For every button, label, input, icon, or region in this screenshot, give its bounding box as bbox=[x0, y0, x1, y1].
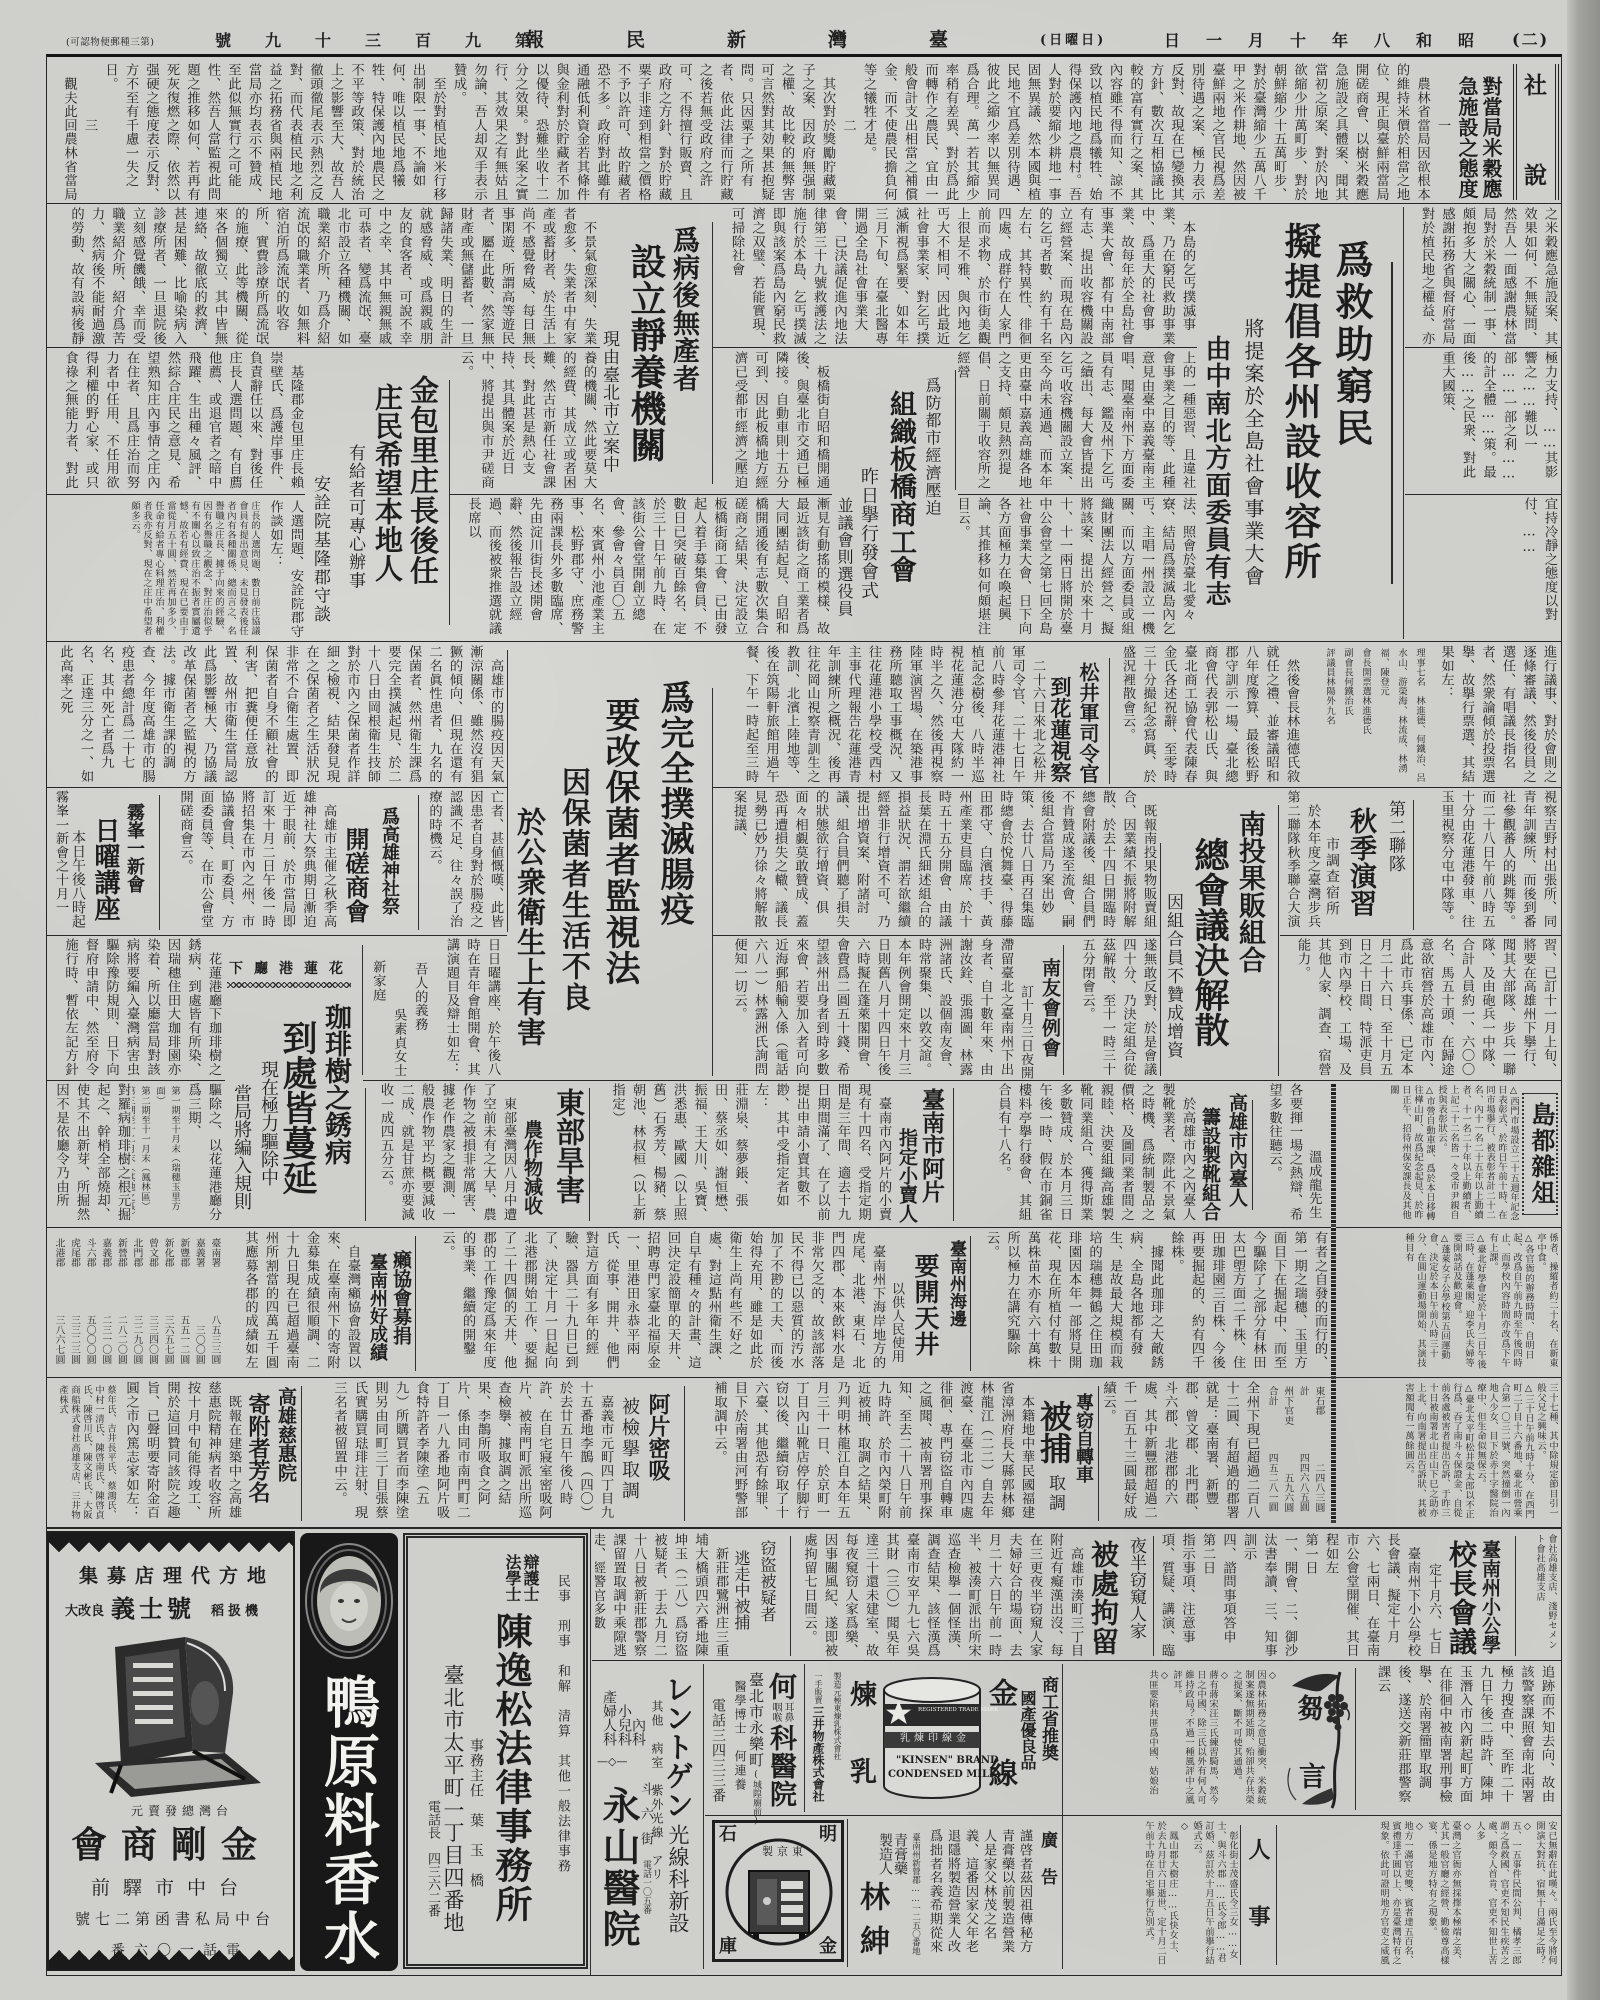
meeting-schedule: 臺南州下小公學校長會議、擬定十月六、七兩日、在臺南市公會堂開催、其日程如左 第一… bbox=[1157, 1533, 1422, 1658]
column-rule bbox=[847, 1819, 848, 1967]
band-divider bbox=[1405, 347, 1562, 348]
headline: 爲完全撲滅腸疫 bbox=[657, 680, 691, 927]
article-body: 人選問題、安詮院郡守作談如左： bbox=[262, 500, 305, 638]
page-number: (二) bbox=[1512, 32, 1549, 48]
article-body: 遂無敢反對、於是會議四十分、乃決定組合從茲解散、至十一時三十五分閉會云。 bbox=[1066, 938, 1158, 1077]
headline: 校長會議 bbox=[1447, 1540, 1475, 1656]
column-rule bbox=[1062, 1664, 1063, 1969]
article-body: 高雄市主催之秋季高雄神社大祭典期日漸迫近于眼前、於市當局即訂來十月二日午後一時將… bbox=[163, 790, 338, 931]
band-divider bbox=[1280, 935, 1562, 936]
interview-small-print: 庄長的人選問題、數日前庄協議會員有提出意見、未見發表後任者內有各種關係、總而言之… bbox=[50, 501, 260, 637]
article-body: 驅除之、以花蓮港廳分爲三期、 bbox=[183, 1083, 223, 1223]
miscellany-entries: 三十七種、其中除規定節目引一般父兄之興味云。 △三十日午前九時十分、在西門町二丁… bbox=[1339, 1383, 1558, 1521]
band-divider bbox=[46, 641, 1562, 642]
editorial-body-continued: 之米穀應急施設案、其效果如何、不無疑問、然吾人一面感謝農林當局對於米穀統制一事、… bbox=[1407, 207, 1559, 346]
band-divider bbox=[46, 1527, 1562, 1529]
article-body: 進行議事、對於會則之逐條審議、然後役員之選任、有唱議長指名者、然衆論傾於投票選擧… bbox=[1432, 645, 1558, 785]
column-rule bbox=[712, 222, 713, 484]
ornament-divider: —◇— bbox=[597, 1756, 627, 1767]
miscellany-entries: 係者、操縱者約二十名、在新東亭中食。 △各官衙的辦務時間、自明日起、改爲自午前九… bbox=[1339, 1233, 1558, 1372]
rice-thresher-illustration bbox=[75, 1633, 271, 1803]
removal-schedule: 第一期至十月末（瑞穗玉里方面） 第二期至十一月末（鳳林區） 第三期至十二月末（其… bbox=[132, 1086, 182, 1222]
headline: 爲高雄神社祭 bbox=[380, 807, 398, 915]
headline-sub: 現在極力驅除中 bbox=[259, 1060, 277, 1186]
editorial-title-line-1: 對當局米穀應 bbox=[1481, 76, 1501, 199]
article-body: 二十六日來北之松井軍司令官、二十七日午前八時參拜花蓮港神社植記念樹後、八時半巡視… bbox=[720, 645, 1047, 785]
district-name: 臺南署 bbox=[208, 1238, 220, 1267]
column-rule bbox=[590, 1527, 591, 1975]
column-rule bbox=[1160, 843, 1161, 1076]
endorsement: 商工省推奬 bbox=[1039, 1676, 1056, 1761]
department: 小兒科 bbox=[617, 1704, 631, 1746]
column-rule bbox=[1109, 658, 1110, 784]
can-label-brand: "KINSEN" BRAND bbox=[896, 1756, 999, 1766]
headline-sub: 市調查宿所 bbox=[1325, 837, 1339, 917]
article-body: 基隆郡金包里庄長賴崇壁氏、爲護岸事件、負責辭任以來、對後任庄長人選問題、有自薦他… bbox=[50, 351, 305, 491]
clinic-address: 臺北市永樂町 bbox=[748, 1672, 763, 1768]
safe-origin: 東京製 bbox=[762, 1846, 807, 1857]
headline: 南友會例會 bbox=[1040, 958, 1059, 1058]
article-body: 本籍地中華民國福建省漳洲府長大縣郭林鄉林龍江（二二）自去年渡臺、在臺北市內四處徘… bbox=[690, 1381, 1036, 1521]
headline: 日曜講座 bbox=[92, 817, 118, 921]
article-body: 霧峯一新會之十月一 bbox=[48, 790, 70, 931]
zigzag-border-top bbox=[49, 1533, 293, 1553]
law-services: 民事 刑事 和解 清算 其他一般法律事務 bbox=[556, 1574, 569, 1874]
headline-sub: 有給者可專心辦事 bbox=[346, 444, 363, 590]
headline: 高雄慈惠院 bbox=[276, 1387, 295, 1482]
distributor: 三井物產株式會社 bbox=[812, 1706, 824, 1802]
lecture-speaker: 溫成龍先生 bbox=[1307, 1150, 1320, 1219]
wavy-underline bbox=[227, 982, 351, 988]
headline-2: 寄附者芳名 bbox=[247, 1393, 269, 1503]
donation-row: 虎尾郡三三二三圓 bbox=[66, 1238, 82, 1364]
law-office-name: 陳逸松法律事務所 bbox=[492, 1612, 529, 1924]
column-rule bbox=[684, 1386, 685, 1521]
band-divider bbox=[46, 935, 507, 936]
headline-sub: 逃走中被捕 bbox=[733, 1550, 749, 1630]
article-body: 新莊郡鷺洲庄三重埔大橋頭四六番地陳坤玉（二八）爲窃盜被疑者、于去九月二十八日被新… bbox=[595, 1533, 730, 1658]
column-rule bbox=[418, 795, 419, 930]
issue-weekday: (日曜日) bbox=[1040, 34, 1106, 47]
clinic-doctor: 醫學博士 何連養 bbox=[734, 1680, 746, 1792]
scan-edge bbox=[1567, 0, 1600, 2000]
donation-amount: 四五二八一圓 bbox=[1266, 1453, 1278, 1512]
donation-amount: 五五一二圓 bbox=[177, 1315, 189, 1364]
headline-main-2: 擬提倡各州設收容所 bbox=[1281, 222, 1318, 582]
band-divider bbox=[363, 1080, 1562, 1081]
district-name: 東石郡 bbox=[1312, 1386, 1324, 1415]
ad-headline: 地方代理店募集 bbox=[79, 1567, 275, 1586]
band-divider bbox=[705, 1815, 1562, 1816]
personnel-notices: 彰化街士茂盛氏令三女……女士、與斗六郡……氏令郎……君訂婚、茲訂於十月五日午前擧… bbox=[1066, 1821, 1238, 1967]
issue-date: 昭和八年十月一日 bbox=[1164, 33, 1500, 49]
headline: 東部旱害 bbox=[554, 1088, 583, 1204]
section-title-char: 事 bbox=[1247, 1905, 1269, 1927]
headline-kicker: 夜半窃窺人家 bbox=[1127, 1537, 1144, 1639]
notice-address: 臺南州新營郡……一二五〇番地 bbox=[911, 1833, 920, 1955]
column-body: 安已無辭在此嘆々。兩氏至今將何開演大對抗、宿無十日滿足之時？ ◇ 五、一五事件民… bbox=[1281, 1821, 1557, 1967]
donation-table-totals: 東石郡二四八三圓 計四四六八五圓 州下官吏五九六圓 合計四五二八一圓 bbox=[1262, 1386, 1326, 1512]
district-name: 嘉義署 bbox=[193, 1238, 205, 1267]
company-name: 金剛商會 bbox=[71, 1827, 271, 1863]
donation-row: 北港郡三八六七圓 bbox=[50, 1238, 66, 1364]
article-body: 視察吉野村出張所、同青年訓練所、而後到番社參觀蕃人的跳舞等。而二十八日午前八時五… bbox=[1416, 790, 1558, 931]
donation-amount: 五九六圓 bbox=[1281, 1473, 1293, 1512]
column-rule bbox=[1355, 1668, 1356, 1810]
editorial-label-box: 社 說 bbox=[1513, 64, 1559, 200]
lecture-title: 新家庭 bbox=[371, 960, 384, 1001]
article-body: 自臺灣癩協會設置以來、在臺南州下的寄附金募集成績很順調、二十九日現在已超過臺南州… bbox=[225, 1231, 362, 1372]
headline-kicker: 專窃自轉車 bbox=[1074, 1393, 1092, 1483]
clinic-phone: 電話三四三三番 bbox=[711, 1698, 725, 1803]
donation-row: 北門郡三二九〇圓 bbox=[128, 1238, 144, 1364]
ad-perfume: 鴨原料香水 bbox=[300, 1533, 398, 1971]
article-body: 習、已訂十一月上旬、將要在高雄州下擧行、聞其大部隊、步兵一聯隊、及由砲兵一中隊、… bbox=[1281, 938, 1558, 1077]
article-body: 養的機關、然此要莫大的經費、其成立或者困難、然古市新任社會課長、對此甚是熱心支持… bbox=[453, 351, 598, 491]
ad-slogan-prefix: 大改良 bbox=[65, 1605, 104, 1618]
headline-sub: 因保菌者生活不良 bbox=[560, 767, 589, 1013]
lawyer-degree: 法學士 bbox=[504, 1554, 520, 1602]
notice-maker-label: 製造人 bbox=[878, 1833, 892, 1875]
headline-sub-2: 於公衆衛生上有害 bbox=[515, 807, 544, 1047]
can-label-product: CONDENSED MILK bbox=[888, 1770, 998, 1780]
column-rule bbox=[415, 1236, 416, 1371]
donation-row: 斗六郡五〇〇〇圓 bbox=[82, 1238, 98, 1364]
article-body: 臺南州下海岸地方的虎尾、北港、東石、北門四郡、本來飲料水是非常欠乏的、故該部落民… bbox=[420, 1231, 887, 1372]
band-divider bbox=[712, 935, 1160, 936]
portrait-illustration bbox=[304, 1541, 394, 1661]
department: 產婦人科 bbox=[602, 1690, 616, 1746]
ad-kongo-shokai: 地方代理店募集 大改良 義士號 稻扱機 台灣總發賣元 金剛商會 台中市驛前 台中… bbox=[47, 1531, 295, 1971]
donation-amount: 二三一〇圓 bbox=[99, 1315, 111, 1364]
column-rule bbox=[1278, 805, 1279, 1076]
donation-amount: 三〇〇圓 bbox=[193, 1325, 205, 1364]
band-divider bbox=[46, 494, 305, 495]
headline-kicker: 第二聯隊 bbox=[1386, 800, 1403, 873]
headline-2: 庄民希望本地人 bbox=[373, 383, 401, 583]
notice-maker-name: 林紳 bbox=[856, 1881, 886, 1969]
company-phone: 電話一〇六番 bbox=[111, 1944, 249, 1958]
district-name: 新營郡 bbox=[115, 1238, 127, 1267]
district-name: 曾文郡 bbox=[146, 1238, 158, 1267]
paper-name: 臺灣新民報 bbox=[525, 31, 1030, 50]
donor-list: 會社高雄支店、淺野セメント會社高雄支店 bbox=[1519, 1534, 1557, 1656]
donation-amount: 三八六七圓 bbox=[52, 1315, 64, 1364]
hospital-location: 斗六街 bbox=[639, 1782, 652, 1857]
article-body: 法、照會於臺北愛々寮、結局爲撲滅島內乞丐、主唱一州設立一機關、而以方面委員或組織… bbox=[960, 497, 1197, 638]
headline: 高雄市內臺人 bbox=[1227, 1093, 1246, 1207]
notice-title: 廣告 bbox=[1038, 1831, 1055, 1905]
officer-list: 理事七名 林進德、何鐵治、呂水山、游榮海、林流成、林湧福、陳登元 會長開票選林進… bbox=[1302, 648, 1428, 784]
column-rule bbox=[1098, 1386, 1099, 1521]
band-divider bbox=[450, 494, 832, 495]
article-body: 臺南市內阿片的小賣現有十四名、受指定期間是三年間、適去十九日期間滿了、在了以前提… bbox=[593, 1083, 893, 1223]
column-rule bbox=[1063, 945, 1064, 1075]
band-divider bbox=[592, 1660, 1562, 1661]
donation-row: 計四四六八五圓 bbox=[1295, 1386, 1311, 1512]
headline: 南投果販組合 bbox=[1236, 810, 1263, 973]
column-body: ◇ 因農林拓務之意見衝突、米穀統制案遂無期延期、殆卻共存共榮之提案、斷不可使其通… bbox=[1066, 1670, 1278, 1810]
headline: 阿片密吸 bbox=[647, 1393, 669, 1481]
donation-amount: 二八二〇圓 bbox=[115, 1315, 127, 1364]
ad-he-ent-clinic: 何 耳鼻 咽喉 科醫院 臺北市永樂町 (城隍廟前) 醫學博士 何連養 電話三四三… bbox=[705, 1664, 803, 1812]
column-rule bbox=[804, 1664, 805, 1812]
headline-sub-2: 當局將編入規則 bbox=[232, 1084, 250, 1210]
department: 內科 bbox=[631, 1718, 645, 1746]
headline-sub: 農作物減收 bbox=[522, 1120, 541, 1215]
donation-row: 新豐郡五五一二圓 bbox=[175, 1238, 191, 1364]
band-divider bbox=[1405, 494, 1562, 495]
headline-2: 到處皆蔓延 bbox=[280, 1020, 315, 1195]
headline: 被處拘留 bbox=[1089, 1540, 1117, 1656]
brand-char: 金 bbox=[987, 1678, 1016, 1707]
manufacturer: 製造元極東煉乳株式會社 bbox=[833, 1672, 841, 1760]
district-name: 州下官吏 bbox=[1281, 1386, 1293, 1425]
editorial-label-bottom: 說 bbox=[1524, 164, 1547, 187]
article-body: 漸見有動搖的模樣、故最近該街之商工業者爲大同團結起見、自昭和橋開通後有志數次集合… bbox=[453, 497, 831, 638]
headline-2: 開磋商會 bbox=[343, 827, 367, 923]
decorative-rule bbox=[1391, 262, 1393, 584]
headline-kicker: 霧峯一新會 bbox=[125, 803, 143, 893]
headline-kicker: 爲防都市經濟壓迫 bbox=[924, 377, 940, 517]
donation-row: 嘉義署三〇〇圓 bbox=[191, 1238, 207, 1364]
headline-sub: 取調 bbox=[1046, 1474, 1063, 1514]
district-name: 合計 bbox=[1266, 1386, 1278, 1406]
article-body: 上的一種惡習、且違社會事業之目的等、此種意見由臺中嘉義臺南主唱、聞臺南州下方面委… bbox=[958, 351, 1197, 491]
region-banner: 花蓮港廳下 bbox=[229, 962, 354, 976]
headline-main: 爲救助窮民 bbox=[1332, 240, 1370, 450]
headline: 金包里庄長後任 bbox=[408, 375, 437, 586]
column-title-char: 言 bbox=[1296, 1762, 1323, 1789]
donation-amount: 二四八三圓 bbox=[1312, 1463, 1324, 1512]
quality-label: 國產優良品 bbox=[1019, 1690, 1035, 1770]
headline-2: 指定小賣人 bbox=[897, 1128, 916, 1223]
distributor-label: 一手販賣 bbox=[814, 1672, 822, 1704]
article-body: 於高雄市內之內臺人製靴業者、際此不景氣之時機、爲統制製品之價格、及圖同業者間之親… bbox=[957, 1083, 1197, 1223]
headline-sub: 以供人民使用 bbox=[890, 1282, 903, 1363]
xray-label: レントゲン bbox=[663, 1674, 692, 1819]
donation-row: 新營郡二八二〇圓 bbox=[113, 1238, 129, 1364]
headline-2: 籌設製靴組合 bbox=[1200, 1107, 1219, 1221]
column-rule bbox=[589, 1088, 590, 1221]
chain-rule bbox=[1331, 1084, 1336, 1524]
miscellany-title-box: 島都雜俎 bbox=[1522, 1093, 1558, 1215]
lawyer-title: 辯護士 bbox=[522, 1554, 538, 1602]
ad-product: 稻扱機 bbox=[211, 1605, 262, 1618]
article-body: 不景氣愈深刻、失業者愈多、失業者中有家產或蓄財者、於生活上尚不感覺脅威、每日無事… bbox=[50, 207, 598, 346]
article-body: 亡者、甚値慨嘆、此皆因患者自身對於腸疫之認識不足、往々誤了治療的時機云。 bbox=[422, 790, 505, 931]
donation-row: 州下官吏五九六圓 bbox=[1279, 1386, 1295, 1512]
issue-number: 第九百三十九號 bbox=[215, 33, 565, 49]
section-title-char: 人 bbox=[1247, 1838, 1269, 1860]
editorial-title-line-2: 急施設之態度 bbox=[1457, 76, 1477, 199]
column-rule bbox=[703, 1664, 704, 1969]
headline-sub: 訂十月三日夜開 bbox=[1019, 985, 1032, 1080]
donation-row: 曾文郡三三四〇圓 bbox=[144, 1238, 160, 1364]
ad-law-office: 民事 刑事 和解 清算 其他一般法律事務 辯護士 法學士 陳逸松法律事務所 事務… bbox=[403, 1533, 588, 1969]
clinic-specialty: 咽喉 bbox=[770, 1702, 780, 1722]
article-body: 全州下現已超過二百八十二圓、有超過的郡署就是：臺南署、新豐郡、曾文郡、北門郡、斗… bbox=[1101, 1381, 1261, 1521]
article-body: 各要揮一場之熱辯、希望多數往聽云。 bbox=[1256, 1083, 1304, 1223]
band-divider bbox=[46, 347, 600, 348]
headline-2: 設立靜養機關 bbox=[628, 243, 664, 463]
headline: 松井軍司令官 bbox=[1078, 662, 1098, 784]
donation-row: 東石郡二四八三圓 bbox=[1310, 1386, 1326, 1512]
editorial-body: 一 農林省當局因欲根本的維持米價於相當之地位、現正與臺鮮兩當局開磋商會、以樹米穀… bbox=[50, 63, 1452, 203]
article-body: 花蓮港廳下珈琲樹之銹病、到處皆有所染、因瑞穗住田大珈琲園亦染着、所以廳當局對該病… bbox=[48, 938, 223, 1077]
headline-sub: 現由臺北市立案中 bbox=[600, 330, 617, 473]
column-rule bbox=[1403, 207, 1404, 639]
headline: 癩協會募捐 bbox=[391, 1250, 410, 1345]
column-rule bbox=[507, 650, 508, 932]
product-char: 乳 bbox=[847, 1757, 874, 1784]
column-rule bbox=[159, 795, 160, 930]
headline-kicker: 臺南州海邊 bbox=[947, 1240, 964, 1328]
column-rule bbox=[449, 380, 450, 625]
miscellany-entries: △西門市場設立二十五週年記念日表彰式、於昨日午前十時、在同市場擧行、被表彰者計二… bbox=[1339, 1085, 1519, 1223]
column-rule bbox=[301, 1386, 302, 1521]
donation-row: 嘉義郡二三一〇圓 bbox=[97, 1238, 113, 1364]
article-body: 有者之自發的而行的、第一期之瑞穗、玉里方面目下在掘起中、而至今驅除了之部分有林田… bbox=[975, 1231, 1329, 1372]
article-body: 既報南投果物販賣組合、因業績不振將附解散、於去十四日開臨時總會附議後、組合員們不… bbox=[720, 790, 1158, 931]
notice-body: 謹啓者茲因祖傳秘方青膏藥以前製造營業人是家父林茂之名義、這番因家父年老退隱將製造… bbox=[925, 1829, 1033, 1961]
band-divider bbox=[712, 347, 1197, 348]
perfume-brand-name: 鴨原料香水 bbox=[320, 1673, 376, 1968]
ad-brand: 義士號 bbox=[111, 1597, 195, 1621]
headline-2: 到花蓮視察 bbox=[1050, 676, 1071, 783]
headline-sub: 昨日擧行發會式 bbox=[859, 467, 877, 600]
headline-2: 要改保菌者監視法 bbox=[603, 697, 638, 987]
article-body: 東部臺灣因八月中遭了空前未有之大旱、農作物之被損非常厲害、據老作農家之觀測、一般… bbox=[370, 1083, 518, 1223]
ad-eisan-hospital: 內科 小兒科 產婦人科 —◇— 永山醫院 レントゲン 光線科新設 其他 病室 紫… bbox=[593, 1664, 701, 1969]
column-rule bbox=[365, 1088, 366, 1221]
headline-sub: 被檢擧取調 bbox=[620, 1397, 638, 1502]
column-rule bbox=[953, 1088, 954, 1221]
headline-sub: 因組合員不贊成增資 bbox=[1164, 893, 1181, 1060]
lecture-title: 吾人的義務 bbox=[413, 962, 426, 1031]
band-divider bbox=[46, 1080, 225, 1081]
column-rule bbox=[1252, 1100, 1253, 1210]
column-rule bbox=[1413, 800, 1414, 930]
article-body: 滯留臺北之臺南州下出身者、自十數年來、由謝汝銓、張鴻圖、林露洲諸氏、設個南友會、… bbox=[720, 938, 1015, 1077]
hospital-phone: 電話一〇五番 bbox=[641, 1860, 650, 1914]
column-rule bbox=[970, 1236, 971, 1371]
headline-sub: 本日午後八時起 bbox=[71, 830, 85, 928]
donation-amount: 三三四〇圓 bbox=[146, 1315, 158, 1364]
article-body: 日日曜講座、於午後八時在青年會館開會、其講演題目及辯士如左： bbox=[430, 938, 502, 1077]
article-body: 板橋街自昭和橋開通後、與臺北市交通已極隣接。自動車則十五分可到、因此板橋地方經濟… bbox=[716, 351, 831, 491]
headline-2: 總會議決解散 bbox=[1192, 837, 1227, 1047]
can-label-trademark: REGISTERED TRADE MARK bbox=[918, 1708, 998, 1714]
headline-sub: 定十月六、七日 bbox=[1427, 1563, 1440, 1654]
headline: 窃盜被疑者 bbox=[759, 1540, 775, 1623]
company-address: 台中市驛前 bbox=[91, 1879, 251, 1898]
can-label-japanese: 金線印煉乳 bbox=[900, 1734, 970, 1744]
donation-amount: 五〇〇〇圓 bbox=[84, 1315, 96, 1364]
article-body: 然後會長林進德氏敘就任之禮、並審議昭和八年度豫算、最後松野郡守訓示一場、臺北總商… bbox=[1113, 645, 1301, 785]
article-body: 對羅病珈琲樹之根元掘起之、幹梢全部燒却、使其不出新芽、所掘然因不是依廳令乃由所 bbox=[48, 1083, 132, 1223]
clinic-specialty: 耳鼻 bbox=[782, 1702, 792, 1722]
headline: 珈琲樹之銹病 bbox=[322, 1003, 349, 1165]
article-body: 本島的乞丐撲滅事業、乃在窮民救助事業中、爲重大的社會事業、故每年於全島社會事業大… bbox=[714, 207, 1197, 346]
editorial-body-continued: 宜持冷靜之態度以對付、…… bbox=[1407, 497, 1559, 638]
column-rule bbox=[1240, 1825, 1241, 1965]
ad-kinsen-condensed-milk: 商工省推奬 國產優良品 金 線 金線印煉乳 "KINSEN" BRAND CON… bbox=[806, 1664, 1061, 1812]
lecture-speaker: 吳素貞女士 bbox=[392, 1008, 405, 1077]
band-divider bbox=[712, 787, 1562, 788]
district-name: 計 bbox=[1297, 1386, 1309, 1396]
donation-amount: 三三二三圓 bbox=[68, 1315, 80, 1364]
article-body: 既報在建築中之高雄慈惠院精神病者收容所按十月中旬能得竣工、開於這回贊同該院之趣旨… bbox=[118, 1381, 243, 1521]
headline-sub-2: 並議會則選役員 bbox=[836, 497, 852, 617]
district-name: 斗六郡 bbox=[84, 1238, 96, 1267]
district-name: 新化郡 bbox=[162, 1238, 174, 1267]
notice-product: 青膏藥 bbox=[893, 1833, 907, 1875]
ad-lin-shen-notice: 廣告 謹啓者茲因祖傳秘方青膏藥以前製造營業人是家父林茂之名義、這番因家父年老退隱… bbox=[850, 1819, 1060, 1967]
column-rule bbox=[790, 1536, 791, 1656]
headline-kicker: 臺南州小公學 bbox=[1480, 1540, 1499, 1654]
headline: 要開天井 bbox=[913, 1253, 938, 1357]
donation-amount: 四四六八五圓 bbox=[1297, 1453, 1309, 1512]
article-body: 高雄市的腸疫因天氣漸涼關係、雖然沒有猖獗的傾向、但現在還有二名眞性患者、九名的保… bbox=[50, 645, 505, 785]
clinic-address-note: (城隍廟前) bbox=[751, 1770, 760, 1826]
donation-row: 臺南署八五三三圓 bbox=[206, 1238, 222, 1364]
editorial-label-top: 社 bbox=[1524, 74, 1547, 97]
donation-amount: 八五三三圓 bbox=[208, 1315, 220, 1364]
article-body: 嘉義市元町四丁目九十五番地李鵲（四〇）於去廿五日午後八時許、在自宅寢室密吸阿片、… bbox=[304, 1381, 615, 1521]
company-po-box: 台中局私書函第二七號 bbox=[75, 1912, 275, 1927]
headline: 爲病後無產者 bbox=[670, 226, 697, 392]
clinic-name-suffix: 科醫院 bbox=[767, 1724, 794, 1808]
column-rule bbox=[362, 945, 363, 1075]
column-title-char: 芻 bbox=[1294, 1694, 1321, 1721]
product-char: 煉 bbox=[847, 1680, 874, 1707]
editorial-body-continued: 極力支持、……其影響之……難以一部……一部之利……的計全體……策。最後……之民衆… bbox=[1407, 351, 1559, 491]
headline-2: 臺南州好成績 bbox=[368, 1253, 386, 1361]
article-body: 於本年度之臺灣步兵第二聯隊秋季聯合大演 bbox=[1281, 790, 1322, 931]
office-manager: 事務主任 葉 玉 橋 bbox=[469, 1738, 483, 1888]
headline: 被捕 bbox=[1038, 1400, 1070, 1464]
donor-list: 蔡年氏、吉井長平氏、蔡鴻氏、中村一清氏、陳啓南氏、陳啓貞氏、陳啓川氏、陳文彬氏、… bbox=[50, 1385, 116, 1521]
headline: 秋季演習 bbox=[1347, 807, 1374, 917]
district-name: 新豐郡 bbox=[177, 1238, 189, 1267]
donation-row: 新化郡三六五七圓 bbox=[160, 1238, 176, 1364]
column-rule bbox=[712, 688, 713, 1076]
band-divider bbox=[46, 203, 1562, 204]
band-divider bbox=[46, 787, 507, 788]
district-name: 虎尾郡 bbox=[68, 1238, 80, 1267]
postal-note: (第三種郵便物認可) bbox=[66, 38, 154, 48]
column-rule bbox=[955, 370, 956, 490]
miscellany-title: 島都雜俎 bbox=[1529, 1102, 1553, 1206]
hospital-name: 永山醫院 bbox=[599, 1786, 637, 1950]
article-body: 高雄市湊町三丁目附近有癡漢出沒、每在三更夜半窃窺人家夫婦好合的場面、去月二十六日… bbox=[795, 1533, 1085, 1658]
headline-sub: 將提案於全島社會事業大會 bbox=[1243, 318, 1263, 588]
headline-sub-2: 安詮院基隆郡守談 bbox=[311, 475, 328, 624]
donation-amount: 三六五七圓 bbox=[162, 1315, 174, 1364]
headline: 組織板橋商工會 bbox=[887, 390, 914, 583]
donation-row: 合計四五二八一圓 bbox=[1264, 1386, 1280, 1512]
donation-table: 臺南署八五三三圓 嘉義署三〇〇圓 新豐郡五五一二圓 新化郡三六五七圓 曾文郡三三… bbox=[50, 1238, 222, 1364]
column-rule bbox=[1153, 1536, 1154, 1656]
headline: 臺南市阿片 bbox=[920, 1088, 943, 1203]
band-divider bbox=[958, 494, 1197, 495]
district-name: 北門郡 bbox=[130, 1238, 142, 1267]
office-phone: 電話長 四三六二番 bbox=[426, 1800, 439, 1917]
district-name: 嘉義郡 bbox=[99, 1238, 111, 1267]
district-name: 北港郡 bbox=[52, 1238, 64, 1267]
column-rule bbox=[1276, 1825, 1277, 1965]
